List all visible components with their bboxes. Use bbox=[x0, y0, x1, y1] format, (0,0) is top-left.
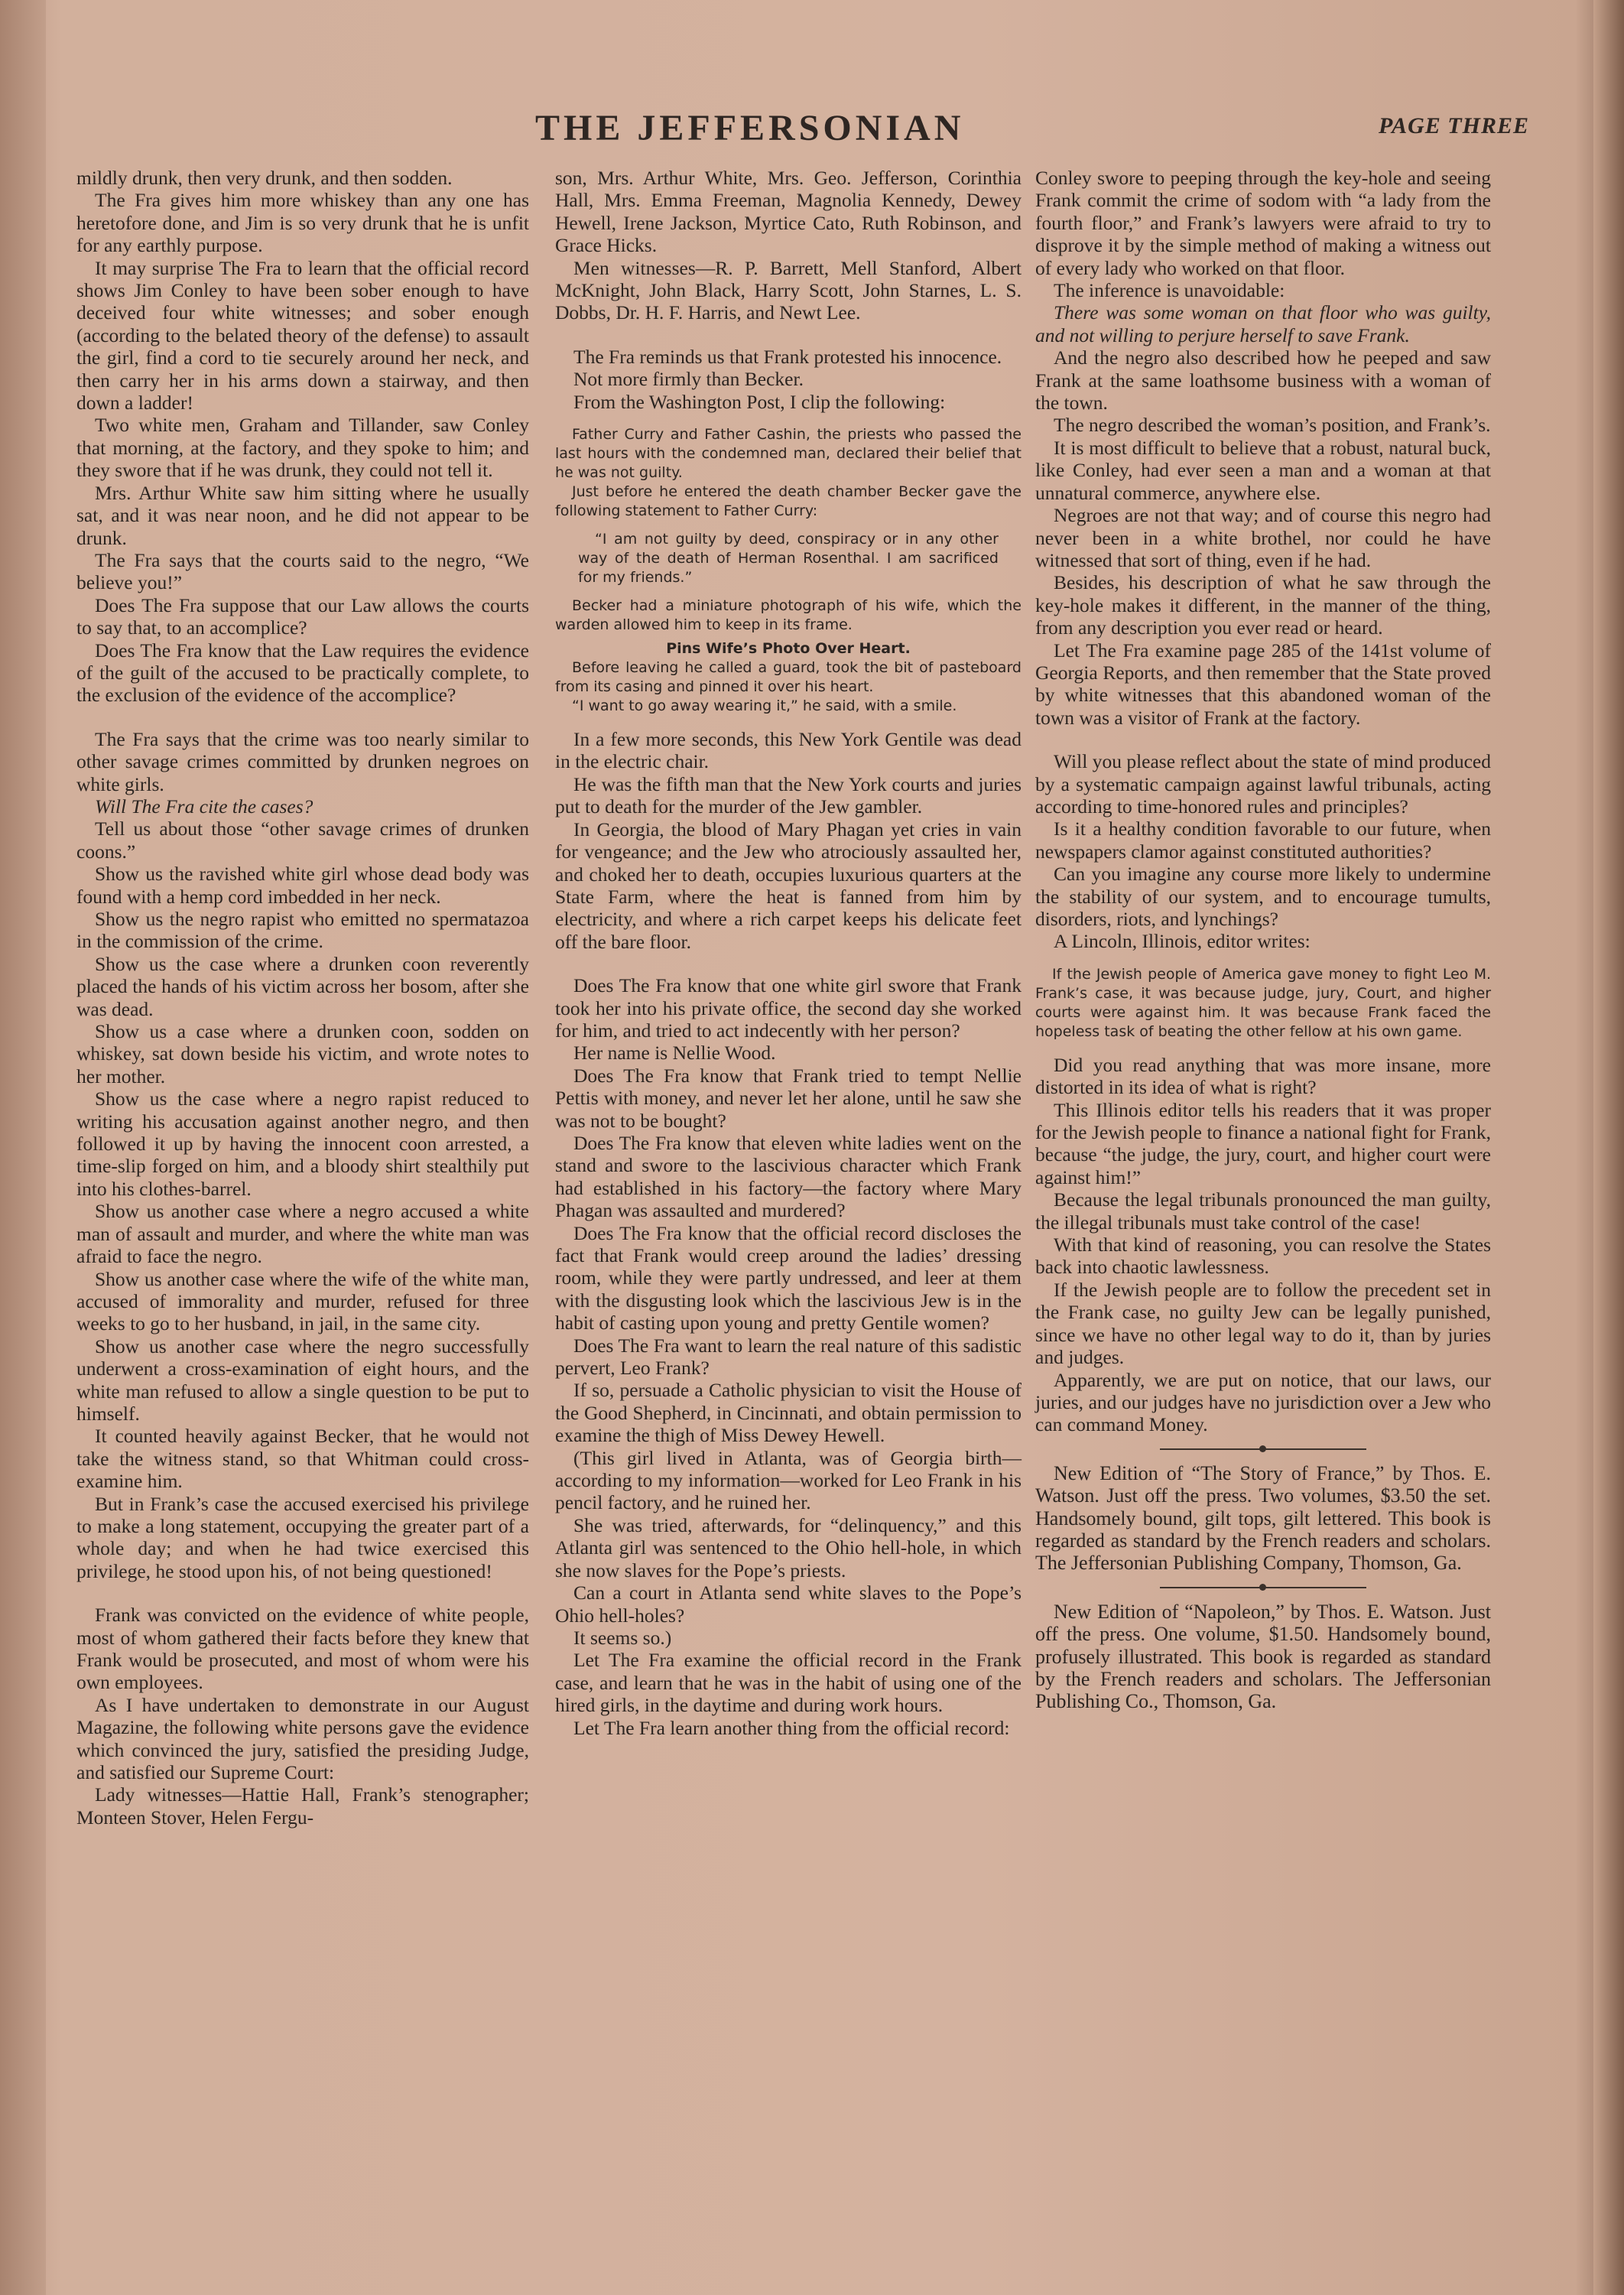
clip-quote: “I am not guilty by deed, conspiracy or … bbox=[555, 530, 1021, 587]
paragraph: The inference is unavoidable: bbox=[1035, 279, 1491, 301]
paragraph: Does The Fra know that one white girl sw… bbox=[555, 974, 1021, 1042]
paragraph: Show us another case where the wife of t… bbox=[76, 1268, 529, 1335]
paragraph: It counted heavily against Becker, that … bbox=[76, 1425, 529, 1492]
column-3: Conley swore to peeping through the key-… bbox=[1035, 167, 1491, 1713]
clip-paragraph: Becker had a miniature photograph of his… bbox=[555, 597, 1021, 635]
paragraph: Will you please reflect about the state … bbox=[1035, 750, 1491, 818]
paragraph: Does The Fra know that the official reco… bbox=[555, 1222, 1021, 1334]
paragraph: A Lincoln, Illinois, editor writes: bbox=[1035, 930, 1491, 952]
paragraph: The Fra gives him more whiskey than any … bbox=[76, 189, 529, 256]
clip-paragraph: Father Curry and Father Cashin, the prie… bbox=[555, 425, 1021, 483]
paragraph: mildly drunk, then very drunk, and then … bbox=[76, 167, 529, 189]
masthead: THE JEFFERSONIAN bbox=[535, 107, 964, 149]
paragraph: It may surprise The Fra to learn that th… bbox=[76, 257, 529, 414]
paragraph: It is most difficult to believe that a r… bbox=[1035, 437, 1491, 504]
paragraph: The negro described the woman’s position… bbox=[1035, 414, 1491, 436]
paragraph: Can a court in Atlanta send white slaves… bbox=[555, 1581, 1021, 1627]
paragraph: This Illinois editor tells his readers t… bbox=[1035, 1099, 1491, 1189]
paragraph: The Fra says that the courts said to the… bbox=[76, 549, 529, 594]
paragraph: Men witnesses—R. P. Barrett, Mell Stanfo… bbox=[555, 257, 1021, 324]
paragraph: Lady witnesses—Hattie Hall, Frank’s sten… bbox=[76, 1783, 529, 1829]
paragraph: Did you read anything that was more insa… bbox=[1035, 1054, 1491, 1099]
paragraph: Show us another case where the negro suc… bbox=[76, 1335, 529, 1425]
paragraph: It seems so.) bbox=[555, 1627, 1021, 1649]
paragraph: Let The Fra examine page 285 of the 141s… bbox=[1035, 639, 1491, 730]
paragraph: Frank was convicted on the evidence of w… bbox=[76, 1604, 529, 1694]
paragraph: In Georgia, the blood of Mary Phagan yet… bbox=[555, 818, 1021, 953]
paragraph: The Fra says that the crime was too near… bbox=[76, 728, 529, 795]
paragraph: Does The Fra know that Frank tried to te… bbox=[555, 1065, 1021, 1132]
column-1: mildly drunk, then very drunk, and then … bbox=[76, 167, 529, 1829]
paragraph: With that kind of reasoning, you can res… bbox=[1035, 1234, 1491, 1279]
paragraph: Does The Fra suppose that our Law allows… bbox=[76, 594, 529, 639]
page-edge bbox=[1593, 0, 1624, 2295]
paragraph: Show us the case where a drunken coon re… bbox=[76, 953, 529, 1020]
paragraph: (This girl lived in Atlanta, was of Geor… bbox=[555, 1447, 1021, 1514]
paragraph: Besides, his description of what he saw … bbox=[1035, 571, 1491, 639]
paragraph: There was some woman on that floor who w… bbox=[1035, 301, 1491, 346]
paragraph: Two white men, Graham and Tillander, saw… bbox=[76, 414, 529, 481]
paragraph: Because the legal tribunals pronounced t… bbox=[1035, 1188, 1491, 1234]
paragraph: Mrs. Arthur White saw him sitting where … bbox=[76, 482, 529, 549]
paragraph: Tell us about those “other savage crimes… bbox=[76, 818, 529, 863]
paragraph: Does The Fra know that eleven white ladi… bbox=[555, 1132, 1021, 1222]
newspaper-page: THE JEFFERSONIAN PAGE THREE mildly drunk… bbox=[0, 0, 1624, 2295]
binding-spine bbox=[0, 0, 46, 2295]
paragraph: Her name is Nellie Wood. bbox=[555, 1042, 1021, 1064]
paragraph: If the Jewish people are to follow the p… bbox=[1035, 1279, 1491, 1369]
paragraph: She was tried, afterwards, for “delinque… bbox=[555, 1514, 1021, 1581]
paragraph: Show us the ravished white girl whose de… bbox=[76, 863, 529, 908]
paragraph: Apparently, we are put on notice, that o… bbox=[1035, 1369, 1491, 1436]
clip-paragraph: Before leaving he called a guard, took t… bbox=[555, 658, 1021, 697]
paragraph: If so, persuade a Catholic physician to … bbox=[555, 1379, 1021, 1446]
paragraph: In a few more seconds, this New York Gen… bbox=[555, 728, 1021, 773]
paragraph: Is it a healthy condition favorable to o… bbox=[1035, 818, 1491, 863]
paragraph: Show us another case where a negro accus… bbox=[76, 1200, 529, 1267]
book-advertisement: New Edition of “The Story of France,” by… bbox=[1035, 1462, 1491, 1575]
book-advertisement: New Edition of “Napoleon,” by Thos. E. W… bbox=[1035, 1601, 1491, 1713]
paragraph: Show us the case where a negro rapist re… bbox=[76, 1087, 529, 1200]
clip-paragraph: Just before he entered the death chamber… bbox=[555, 483, 1021, 521]
paragraph: son, Mrs. Arthur White, Mrs. Geo. Jeffer… bbox=[555, 167, 1021, 257]
clip-subheading: Pins Wife’s Photo Over Heart. bbox=[555, 639, 1021, 658]
paragraph: Can you imagine any course more likely t… bbox=[1035, 863, 1491, 930]
paragraph: From the Washington Post, I clip the fol… bbox=[555, 391, 1021, 413]
page-header: THE JEFFERSONIAN PAGE THREE bbox=[76, 107, 1529, 153]
newspaper-clipping: If the Jewish people of America gave mon… bbox=[1035, 965, 1491, 1042]
page-number-label: PAGE THREE bbox=[1379, 113, 1529, 139]
paragraph: As I have undertaken to demonstrate in o… bbox=[76, 1694, 529, 1784]
paragraph: Let The Fra learn another thing from the… bbox=[555, 1717, 1021, 1739]
paragraph: Negroes are not that way; and of course … bbox=[1035, 504, 1491, 571]
paragraph: Does The Fra want to learn the real natu… bbox=[555, 1334, 1021, 1380]
paragraph: Show us a case where a drunken coon, sod… bbox=[76, 1020, 529, 1087]
paragraph: Let The Fra examine the official record … bbox=[555, 1649, 1021, 1716]
paragraph: But in Frank’s case the accused exercise… bbox=[76, 1493, 529, 1583]
ornamental-divider bbox=[1160, 1448, 1366, 1450]
clip-paragraph: If the Jewish people of America gave mon… bbox=[1035, 965, 1491, 1042]
paragraph: Does The Fra know that the Law requires … bbox=[76, 639, 529, 707]
paragraph: Not more firmly than Becker. bbox=[555, 368, 1021, 390]
paragraph: And the negro also described how he peep… bbox=[1035, 346, 1491, 414]
paragraph: Show us the negro rapist who emitted no … bbox=[76, 908, 529, 953]
clip-paragraph: “I want to go away wearing it,” he said,… bbox=[555, 697, 1021, 716]
ornamental-divider bbox=[1160, 1587, 1366, 1588]
column-2: son, Mrs. Arthur White, Mrs. Geo. Jeffer… bbox=[555, 167, 1021, 1739]
paragraph: Will The Fra cite the cases? bbox=[76, 795, 529, 818]
newspaper-clipping: Father Curry and Father Cashin, the prie… bbox=[555, 425, 1021, 716]
paragraph: Conley swore to peeping through the key-… bbox=[1035, 167, 1491, 279]
paragraph: The Fra reminds us that Frank protested … bbox=[555, 346, 1021, 368]
paragraph: He was the fifth man that the New York c… bbox=[555, 773, 1021, 818]
